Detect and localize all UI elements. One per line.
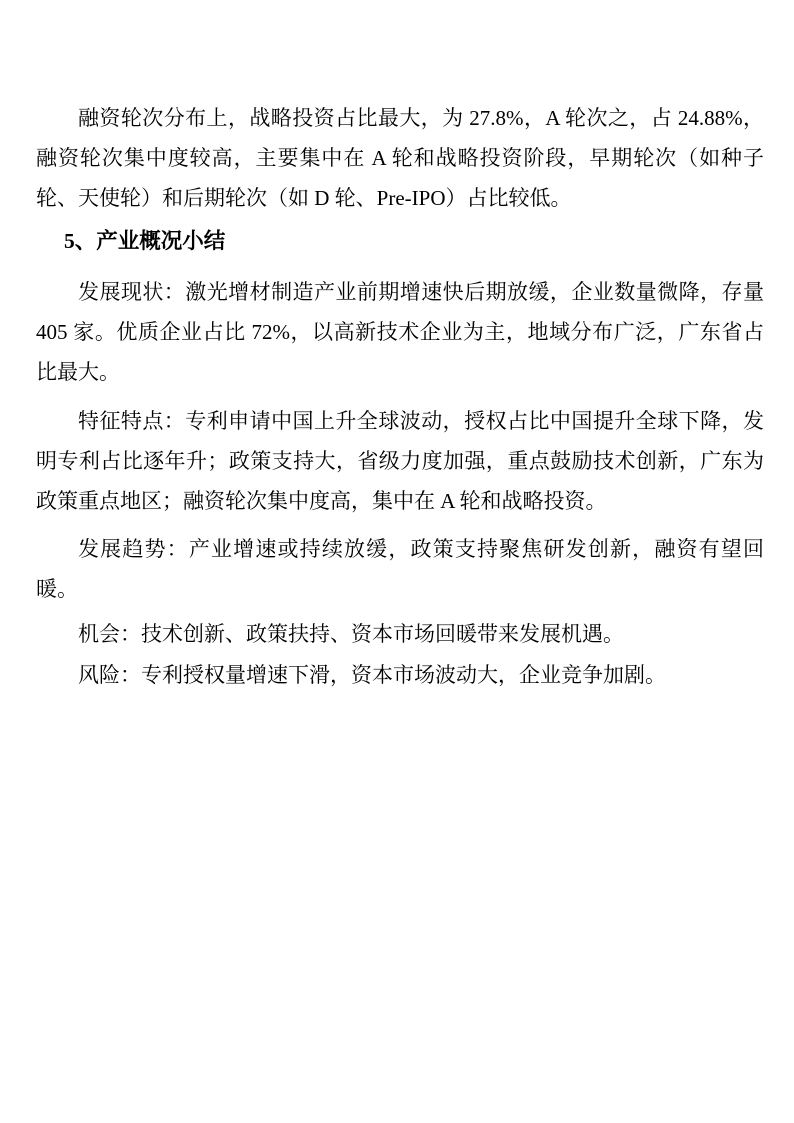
document-page: 融资轮次分布上，战略投资占比最大，为 27.8%，A 轮次之，占 24.88%，… [0, 0, 794, 1123]
paragraph-risks: 风险：专利授权量增速下滑，资本市场波动大，企业竞争加剧。 [36, 655, 764, 695]
paragraph-characteristics: 特征特点：专利申请中国上升全球波动，授权占比中国提升全球下降，发明专利占比逐年升… [36, 401, 764, 521]
heading-industry-summary: 5、产业概况小结 [36, 221, 764, 261]
paragraph-development-status: 发展现状：激光增材制造产业前期增速快后期放缓，企业数量微降，存量 405 家。优… [36, 272, 764, 392]
paragraph-financing-rounds: 融资轮次分布上，战略投资占比最大，为 27.8%，A 轮次之，占 24.88%，… [36, 98, 764, 218]
paragraph-development-trend: 发展趋势：产业增速或持续放缓，政策支持聚焦研发创新，融资有望回暖。 [36, 529, 764, 609]
paragraph-opportunities: 机会：技术创新、政策扶持、资本市场回暖带来发展机遇。 [36, 614, 764, 654]
